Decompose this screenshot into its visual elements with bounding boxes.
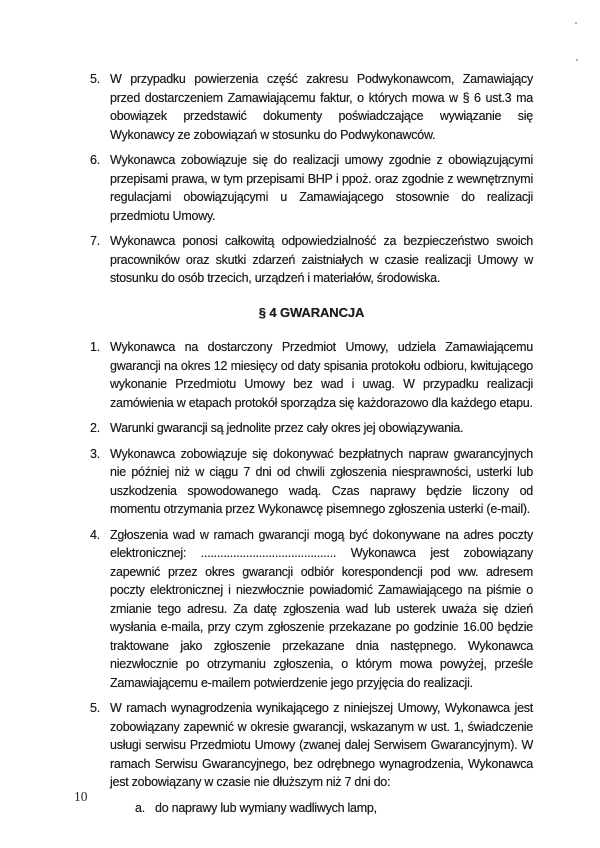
list-item-number: 5. [90,699,110,792]
sub-list-item: a. do naprawy lub wymiany wadliwych lamp… [135,799,533,818]
sub-list: a. do naprawy lub wymiany wadliwych lamp… [135,799,533,818]
list-item-text: Zgłoszenia wad w ramach gwarancji mogą b… [110,526,533,693]
list-item-text: Wykonawca zobowiązuje się do realizacji … [110,151,533,225]
list-item-text: W ramach wynagrodzenia wynikającego z ni… [110,699,533,792]
list-item-number: 3. [90,445,110,519]
list-item: 2. Warunki gwarancji są jednolite przez … [90,419,533,438]
scan-speck [576,59,578,61]
page-content: 5. W przypadku powierzenia część zakresu… [90,70,533,817]
list-item: 3. Wykonawca zobowiązuje się dokonywać b… [90,445,533,519]
sub-list-item-letter: a. [135,799,155,818]
list-item: 5. W ramach wynagrodzenia wynikającego z… [90,699,533,792]
list-item-number: 4. [90,526,110,693]
list-item: 5. W przypadku powierzenia część zakresu… [90,70,533,144]
list-item-number: 6. [90,151,110,225]
scan-speck [575,22,577,24]
list-item: 1. Wykonawca na dostarczony Przedmiot Um… [90,338,533,412]
list-item-text: Wykonawca na dostarczony Przedmiot Umowy… [110,338,533,412]
list-item: 7. Wykonawca ponosi całkowitą odpowiedzi… [90,232,533,288]
section-heading: § 4 GWARANCJA [90,304,533,323]
list-item-number: 7. [90,232,110,288]
list-item: 6. Wykonawca zobowiązuje się do realizac… [90,151,533,225]
document-page: 5. W przypadku powierzenia część zakresu… [0,0,600,848]
list-item: 4. Zgłoszenia wad w ramach gwarancji mog… [90,526,533,693]
list-item-number: 1. [90,338,110,412]
page-number: 10 [74,789,88,805]
list-item-number: 2. [90,419,110,438]
sub-list-item-text: do naprawy lub wymiany wadliwych lamp, [155,799,533,818]
list-item-text: Wykonawca ponosi całkowitą odpowiedzialn… [110,232,533,288]
list-item-text: Warunki gwarancji są jednolite przez cał… [110,419,533,438]
list-item-text: Wykonawca zobowiązuje się dokonywać bezp… [110,445,533,519]
list-item-number: 5. [90,70,110,144]
list-item-text: W przypadku powierzenia część zakresu Po… [110,70,533,144]
